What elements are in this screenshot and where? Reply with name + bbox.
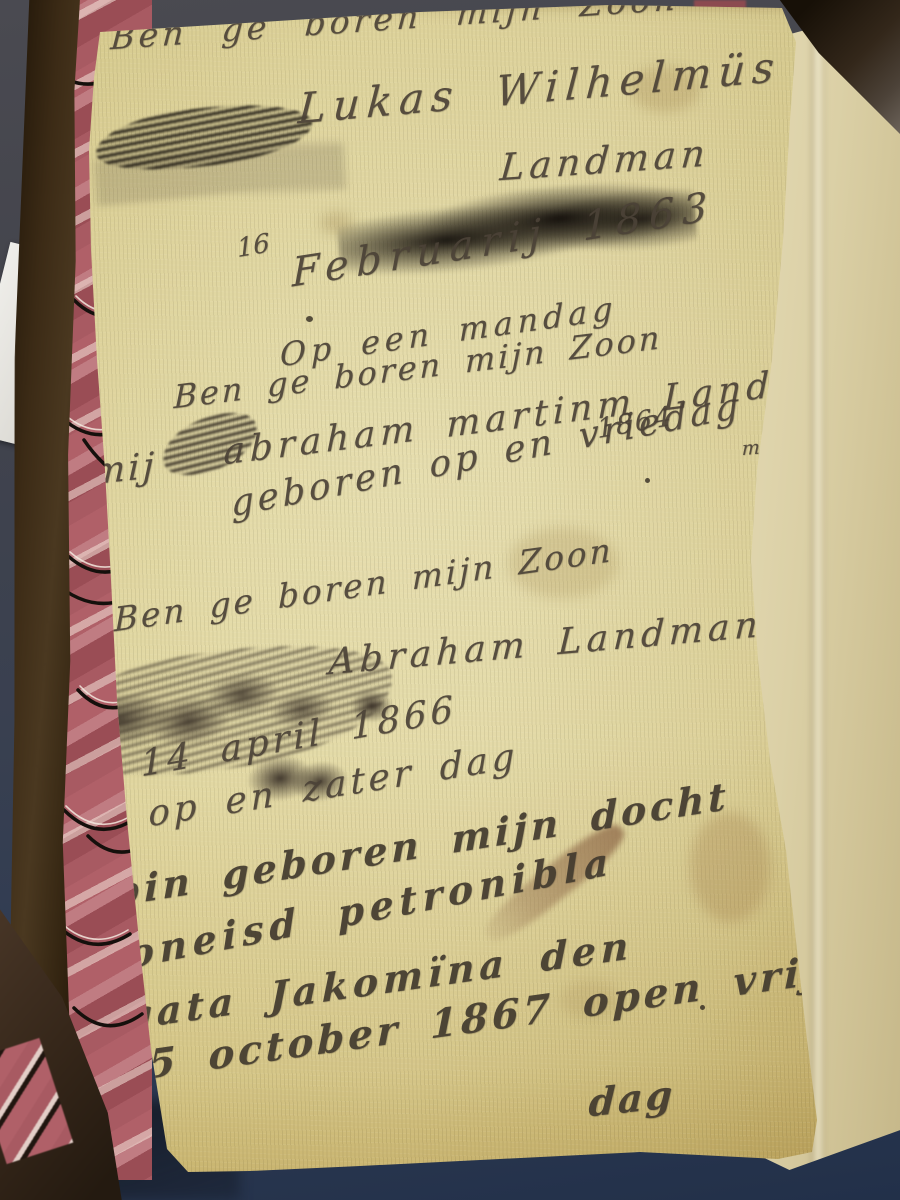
handwriting-line: 16 [236, 228, 271, 264]
ink-dot [306, 316, 313, 322]
handwriting-line: dag [588, 1071, 677, 1126]
photo-old-book-flyleaf: Ben ge boren mijn Zoon Lukas Wilhelmüs L… [0, 0, 900, 1200]
page-crease [810, 30, 826, 1170]
ink-dot [645, 478, 650, 483]
